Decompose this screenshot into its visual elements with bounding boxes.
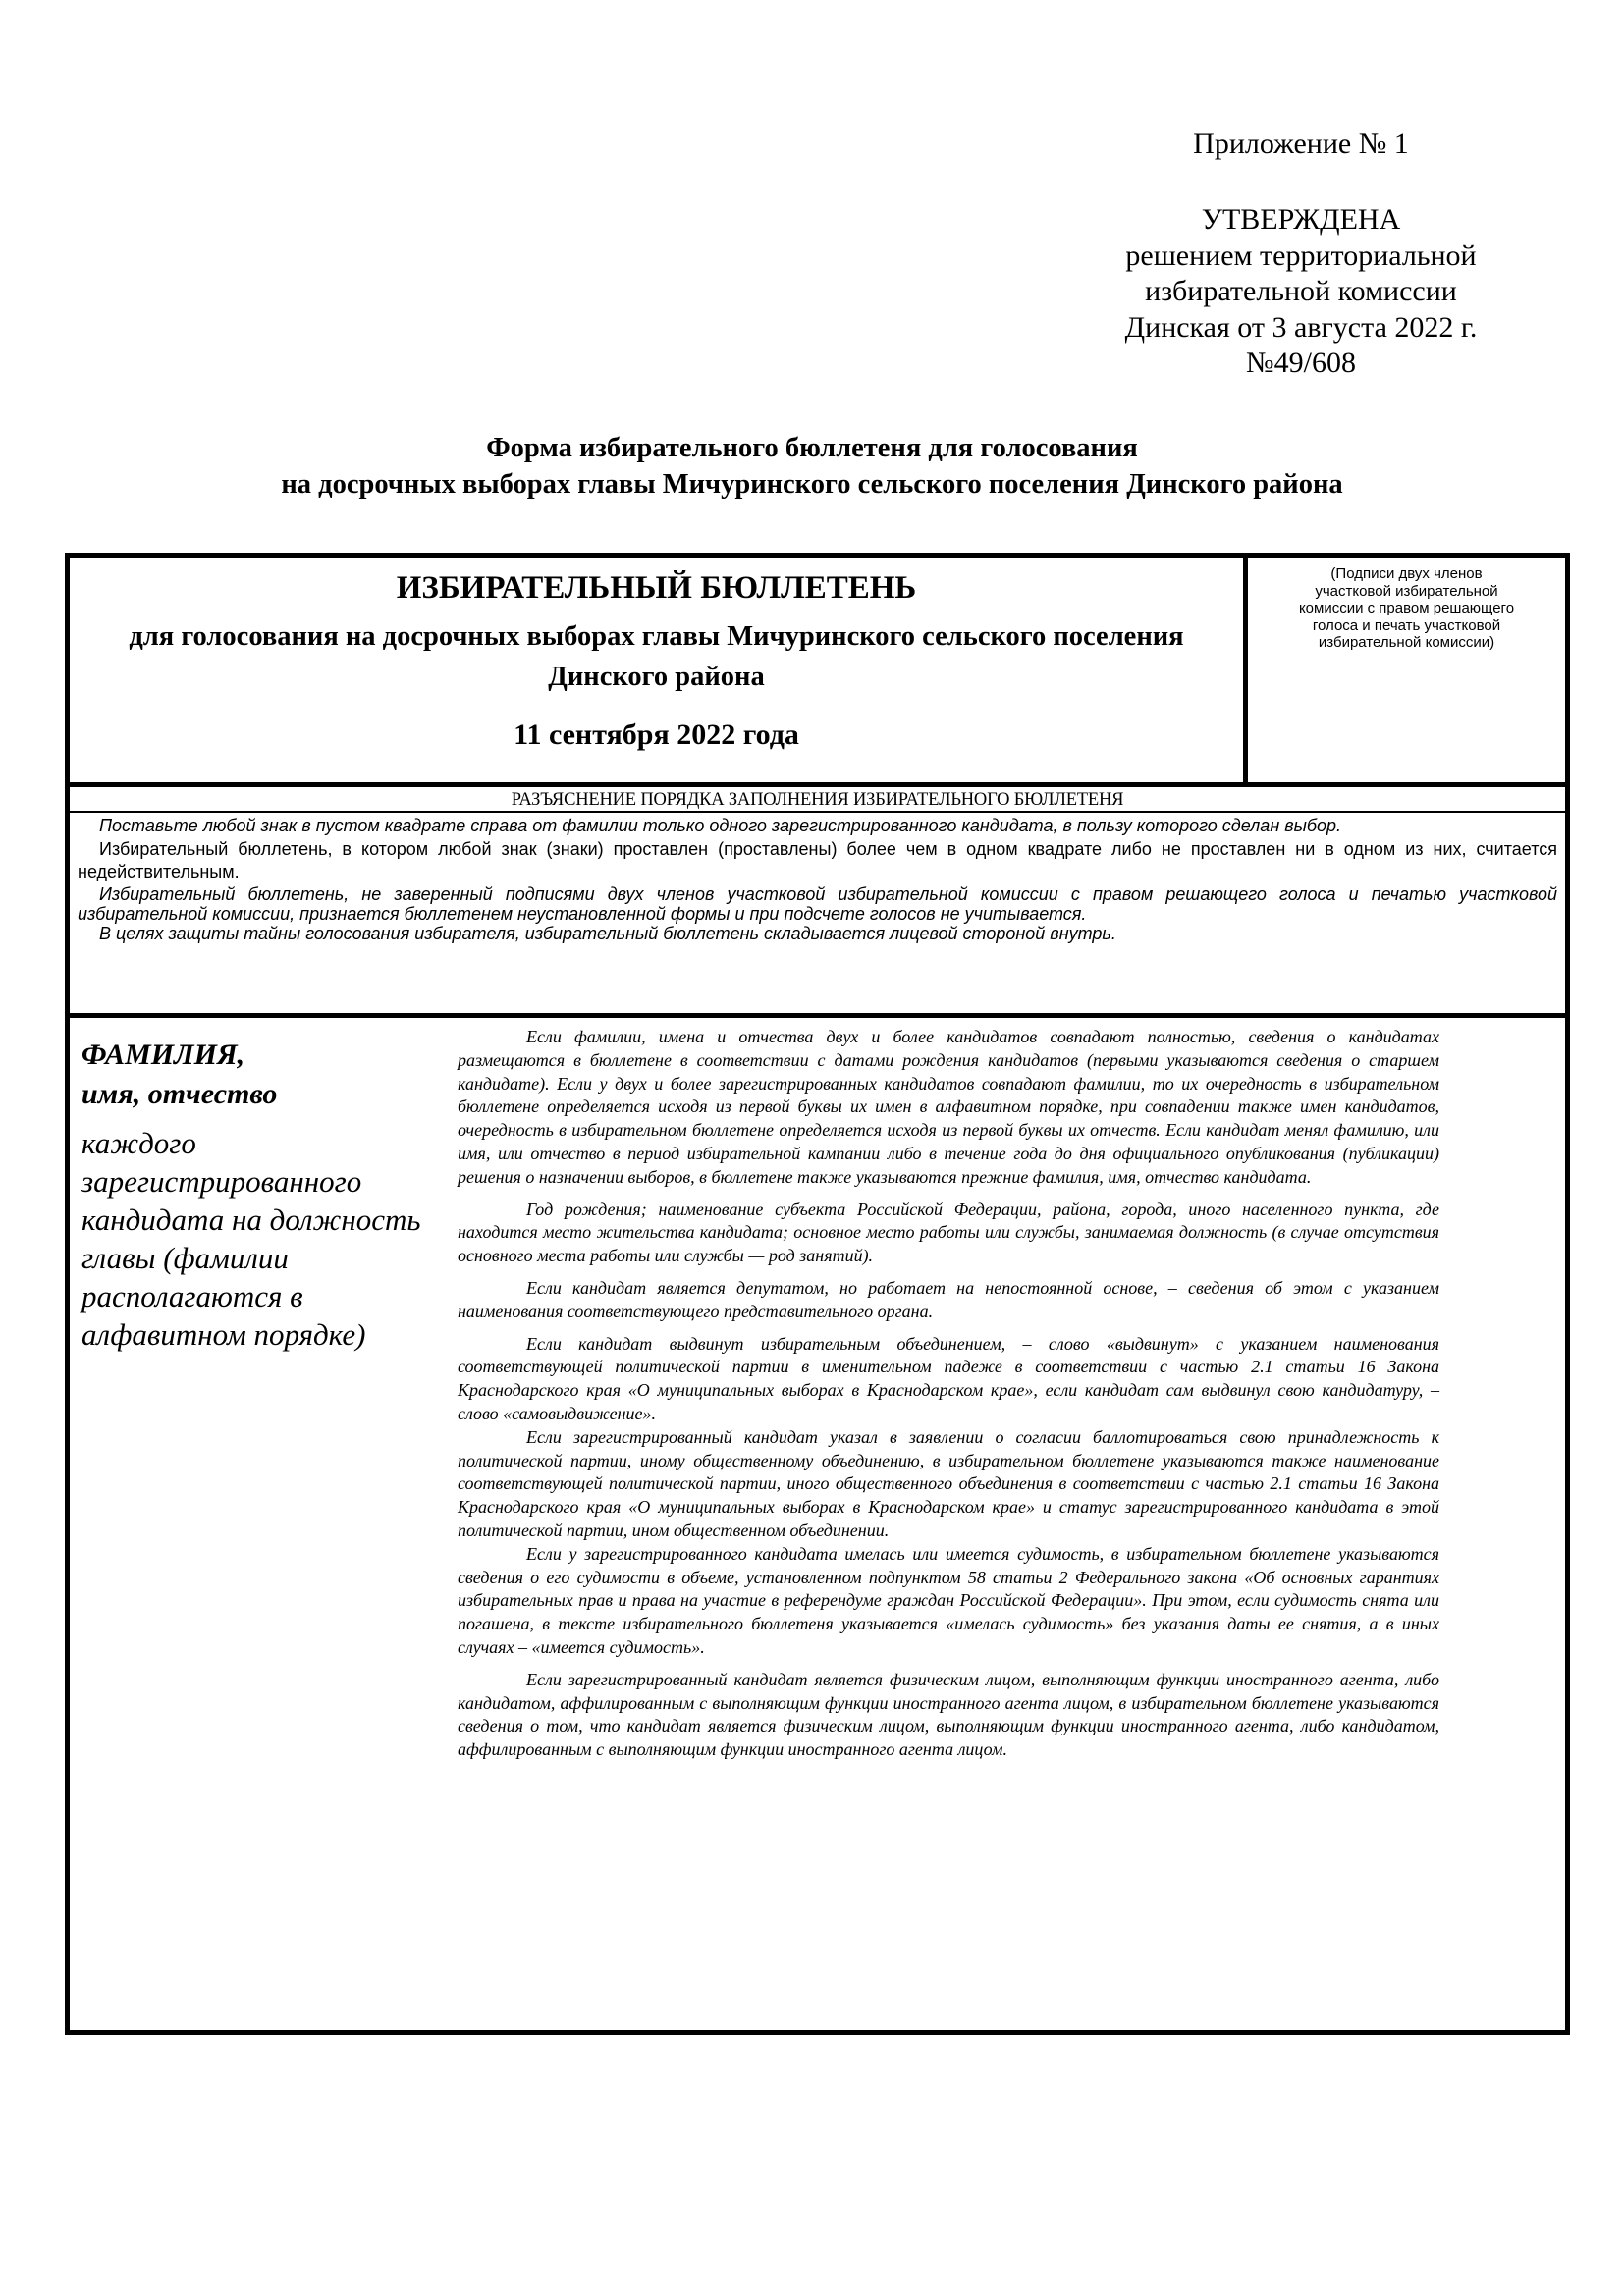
approval-line-approved: УТВЕРЖДЕНА — [1031, 202, 1571, 239]
ballot-header-main: ИЗБИРАТЕЛЬНЫЙ БЮЛЛЕТЕНЬ для голосования … — [70, 558, 1248, 782]
ballot-title: ИЗБИРАТЕЛЬНЫЙ БЮЛЛЕТЕНЬ — [70, 567, 1243, 609]
approval-line-number: №49/608 — [1031, 346, 1571, 382]
form-title: Форма избирательного бюллетеня для голос… — [98, 430, 1526, 503]
ballot-header: ИЗБИРАТЕЛЬНЫЙ БЮЛЛЕТЕНЬ для голосования … — [70, 558, 1565, 787]
form-title-line-1: Форма избирательного бюллетеня для голос… — [98, 430, 1526, 466]
rule-paragraph: Год рождения; наименование субъекта Росс… — [458, 1199, 1439, 1268]
signature-note: (Подписи двух членов участковой избирате… — [1294, 565, 1520, 652]
appendix-label: Приложение № 1 — [1031, 126, 1571, 163]
form-title-line-2: на досрочных выборах главы Мичуринского … — [98, 466, 1526, 503]
signature-stamp-box: (Подписи двух членов участковой избирате… — [1248, 558, 1565, 782]
approval-line-date: Динская от 3 августа 2022 г. — [1031, 310, 1571, 347]
approval-line-commission: избирательной комиссии — [1031, 274, 1571, 310]
ballot-date: 11 сентября 2022 года — [70, 716, 1243, 755]
ballot-frame: ИЗБИРАТЕЛЬНЫЙ БЮЛЛЕТЕНЬ для голосования … — [65, 553, 1570, 2035]
candidate-column-label: ФАМИЛИЯ, имя, отчество каждого зарегистр… — [81, 1036, 474, 1354]
candidate-label-surname: ФАМИЛИЯ, — [81, 1036, 474, 1075]
rule-paragraph: Если у зарегистрированного кандидата име… — [458, 1543, 1439, 1660]
candidate-info-rules: Если фамилии, имена и отчества двух и бо… — [458, 1026, 1439, 1771]
instructions-title: РАЗЪЯСНЕНИЕ ПОРЯДКА ЗАПОЛНЕНИЯ ИЗБИРАТЕЛ… — [70, 787, 1565, 813]
instructions-body: Поставьте любой знак в пустом квадрате с… — [70, 813, 1565, 943]
rule-paragraph: Если кандидат является депутатом, но раб… — [458, 1277, 1439, 1324]
instruction-paragraph: Избирательный бюллетень, в котором любой… — [78, 838, 1557, 884]
instruction-paragraph: Избирательный бюллетень, не заверенный п… — [78, 884, 1557, 924]
rule-paragraph: Если фамилии, имена и отчества двух и бо… — [458, 1026, 1439, 1190]
candidate-section: ФАМИЛИЯ, имя, отчество каждого зарегистр… — [70, 1018, 1565, 2030]
rule-paragraph: Если кандидат выдвинут избирательным объ… — [458, 1333, 1439, 1426]
approval-block: УТВЕРЖДЕНА решением территориальной изби… — [1031, 202, 1571, 382]
instruction-paragraph: Поставьте любой знак в пустом квадрате с… — [78, 815, 1557, 838]
candidate-label-name: имя, отчество — [81, 1075, 474, 1114]
instruction-paragraph: В целях защиты тайны голосования избират… — [78, 924, 1557, 943]
rule-paragraph: Если зарегистрированный кандидат указал … — [458, 1426, 1439, 1543]
rule-paragraph: Если зарегистрированный кандидат являетс… — [458, 1669, 1439, 1762]
candidate-label-description: каждого зарегистрированного кандидата на… — [81, 1124, 474, 1354]
approval-line-decision: решением территориальной — [1031, 239, 1571, 275]
instructions-section: РАЗЪЯСНЕНИЕ ПОРЯДКА ЗАПОЛНЕНИЯ ИЗБИРАТЕЛ… — [70, 787, 1565, 1018]
ballot-subtitle: для голосования на досрочных выборах гла… — [70, 616, 1243, 697]
